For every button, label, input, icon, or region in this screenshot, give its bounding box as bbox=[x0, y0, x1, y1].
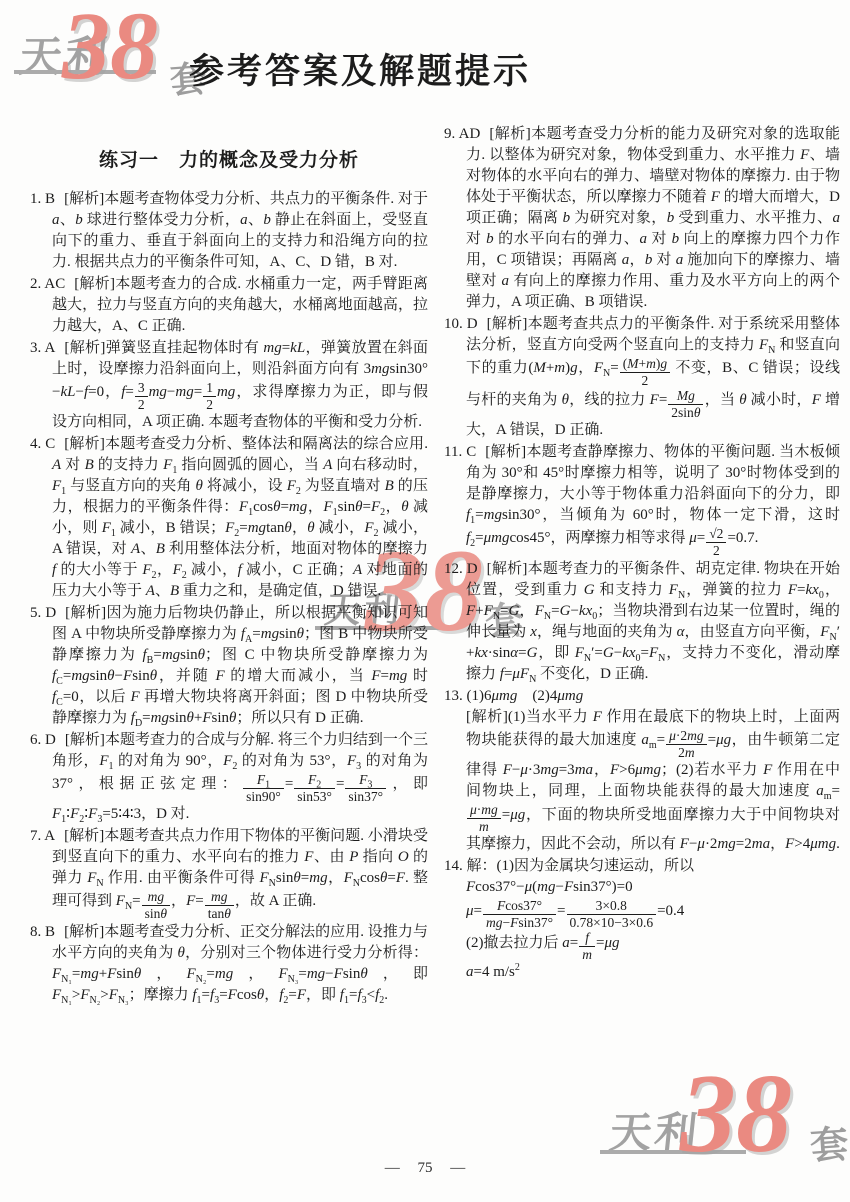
page-number: — 75 — bbox=[385, 1160, 466, 1176]
watermark-underline bbox=[600, 1150, 746, 1154]
section-title: 练习一 力的概念及受力分析 bbox=[30, 150, 428, 171]
answer-item: 1. B[解析]本题考查物体受力分析、共点力的平衡条件. 对于 a、b 球进行整… bbox=[30, 189, 428, 273]
item-explanation: [解析]本题考查受力分析、正交分解法的应用. 设推力与水平方向的夹角为 θ，分别… bbox=[52, 924, 428, 1003]
answer-item: 2. AC[解析]本题考查力的合成. 水桶重力一定，两手臂距离越大，拉力与竖直方… bbox=[30, 274, 428, 337]
item-number-and-answer: 8. B bbox=[30, 924, 55, 940]
answer-item: 12. D[解析]本题考查力的平衡条件、胡克定律. 物块在开始位置，受到重力 G… bbox=[444, 559, 840, 685]
right-answer-list: 9. AD[解析]本题考查受力分析的能力及研究对象的选取能力. 以整体为研究对象… bbox=[444, 124, 840, 983]
item-number-and-answer: 10. D bbox=[444, 316, 478, 332]
answer-item: 8. B[解析]本题考查受力分析、正交分解法的应用. 设推力与水平方向的夹角为 … bbox=[30, 922, 428, 1006]
item-explanation: [解析]本题考查力的合成. 水桶重力一定，两手臂距离越大，拉力与竖直方向的夹角越… bbox=[52, 276, 428, 334]
item-explanation: [解析]本题考查静摩擦力、物体的平衡问题. 当木板倾角为 30°和 45°时摩擦… bbox=[466, 444, 840, 546]
answer-key-page: 天利 38 套 天利 38 套 天利 38 套 参考答案及解题提示 练习一 力的… bbox=[0, 0, 850, 1202]
answer-item: 4. C[解析]本题考查受力分析、整体法和隔离法的综合应用. A 对 B 的支持… bbox=[30, 434, 428, 602]
item-number-and-answer: 14. 解：(1)因为金属块匀速运动，所以 bbox=[444, 858, 694, 874]
item-number-and-answer: 3. A bbox=[30, 340, 55, 356]
answer-item: 9. AD[解析]本题考查受力分析的能力及研究对象的选取能力. 以整体为研究对象… bbox=[444, 124, 840, 313]
item-number-and-answer: 12. D bbox=[444, 561, 478, 577]
item-explanation: [解析]本题考查共点力的平衡条件. 对于系统采用整体法分析，竖直方向受两个竖直向… bbox=[466, 316, 840, 438]
item-explanation: [解析]本题考查力的平衡条件、胡克定律. 物块在开始位置，受到重力 G 和支持力… bbox=[466, 561, 840, 682]
answer-item: 13. (1)6μmg (2)4μmg[解析](1)当水平力 F 作用在最底下的… bbox=[444, 686, 840, 855]
answer-item: 11. C[解析]本题考查静摩擦力、物体的平衡问题. 当木板倾角为 30°和 4… bbox=[444, 442, 840, 558]
watermark-38-numeral: 38 bbox=[680, 1058, 792, 1170]
item-number-and-answer: 7. A bbox=[30, 828, 55, 844]
answer-item: 6. D[解析]本题考查力的合成与分解. 将三个力归结到一个三角形，F1 的对角… bbox=[30, 730, 428, 825]
item-number-and-answer: 4. C bbox=[30, 436, 55, 452]
watermark-tianli-text: 天利 bbox=[607, 1100, 703, 1160]
right-column: 9. AD[解析]本题考查受力分析的能力及研究对象的选取能力. 以整体为研究对象… bbox=[444, 124, 840, 984]
item-explanation: [解析](1)当水平力 F 作用在最底下的物块上时，上面两物块能获得的最大加速度… bbox=[466, 709, 840, 852]
tianli-38-watermark-bottom: 天利 38 套 bbox=[596, 1066, 850, 1202]
item-explanation: [解析]因为施力后物块仍静止，所以根据平衡知识可知图 A 中物块所受静摩擦力为 … bbox=[52, 605, 428, 726]
item-explanation: [解析]本题考查物体受力分析、共点力的平衡条件. 对于 a、b 球进行整体受力分… bbox=[52, 191, 428, 270]
item-number-and-answer: 5. D bbox=[30, 605, 56, 621]
item-number-and-answer: 1. B bbox=[30, 191, 55, 207]
item-number-and-answer: 6. D bbox=[30, 732, 56, 748]
item-explanation: [解析]本题考查共点力作用下物体的平衡问题. 小滑块受到竖直向下的重力、水平向右… bbox=[52, 828, 428, 909]
item-number-and-answer: 2. AC bbox=[30, 276, 65, 292]
item-number-and-answer: 13. (1)6μmg (2)4μmg bbox=[444, 688, 583, 704]
answer-item: 3. A[解析]弹簧竖直挂起物体时有 mg=kL，弹簧放置在斜面上时，设摩擦力沿… bbox=[30, 338, 428, 433]
left-column: 练习一 力的概念及受力分析 1. B[解析]本题考查物体受力分析、共点力的平衡条… bbox=[30, 142, 428, 1007]
item-explanation: [解析]本题考查受力分析、整体法和隔离法的综合应用. A 对 B 的支持力 F1… bbox=[52, 436, 428, 599]
left-answer-list: 1. B[解析]本题考查物体受力分析、共点力的平衡条件. 对于 a、b 球进行整… bbox=[30, 189, 428, 1006]
answer-item: 7. A[解析]本题考查共点力作用下物体的平衡问题. 小滑块受到竖直向下的重力、… bbox=[30, 826, 428, 921]
page-footer: — 75 — bbox=[0, 1160, 850, 1177]
page-title: 参考答案及解题提示 bbox=[0, 44, 720, 94]
answer-item: 14. 解：(1)因为金属块匀速运动，所以Fcos37°−μ(mg−Fsin37… bbox=[444, 856, 840, 983]
item-number-and-answer: 9. AD bbox=[444, 126, 480, 142]
answer-item: 10. D[解析]本题考查共点力的平衡条件. 对于系统采用整体法分析，竖直方向受… bbox=[444, 314, 840, 441]
item-explanation: Fcos37°−μ(mg−Fsin37°)=0μ=Fcos37°mg−Fsin3… bbox=[466, 879, 684, 980]
answer-item: 5. D[解析]因为施力后物块仍静止，所以根据平衡知识可知图 A 中物块所受静摩… bbox=[30, 603, 428, 729]
item-explanation: [解析]本题考查受力分析的能力及研究对象的选取能力. 以整体为研究对象，物体受到… bbox=[466, 126, 840, 310]
item-explanation: [解析]弹簧竖直挂起物体时有 mg=kL，弹簧放置在斜面上时，设摩擦力沿斜面向上… bbox=[52, 340, 428, 430]
item-explanation: [解析]本题考查力的合成与分解. 将三个力归结到一个三角形，F1 的对角为 90… bbox=[52, 732, 428, 822]
item-number-and-answer: 11. C bbox=[444, 444, 476, 460]
